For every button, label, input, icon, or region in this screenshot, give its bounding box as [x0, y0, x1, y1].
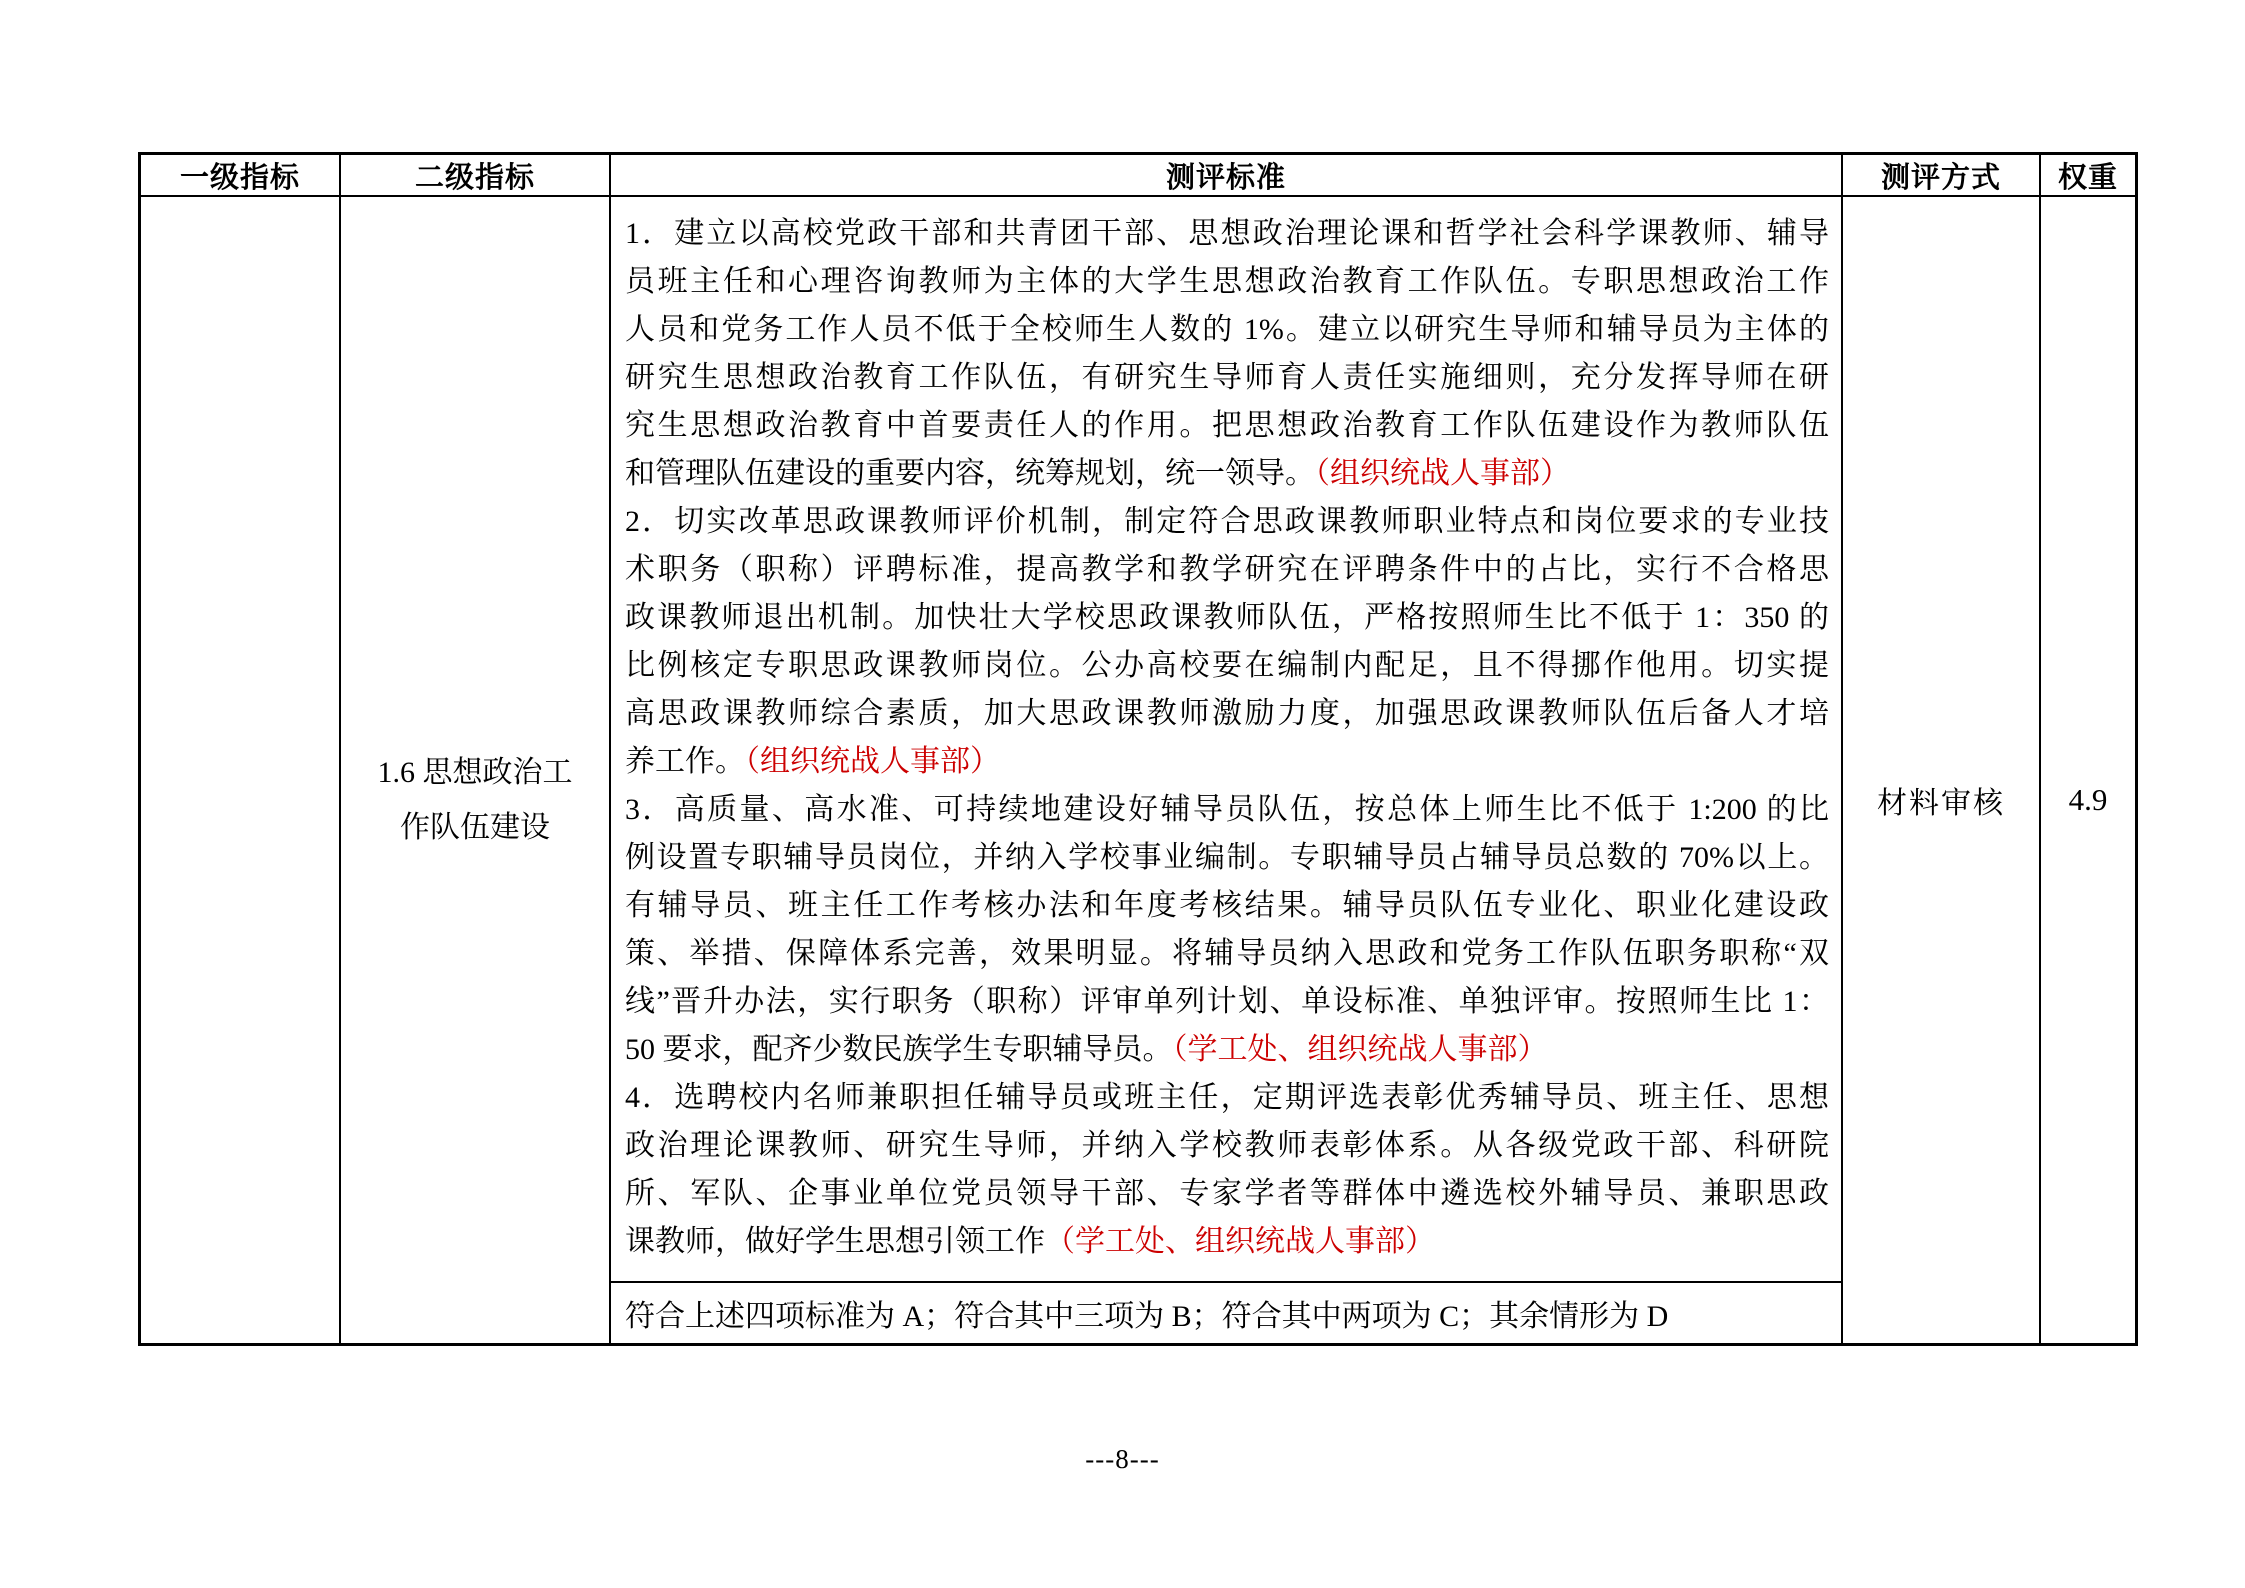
level2-indicator-cell: 1.6 思想政治工 作队伍建设: [341, 197, 611, 1343]
criteria-line: 研究生思想政治教育工作队伍，有研究生导师育人责任实施细则，充分发挥导师在研: [625, 354, 1829, 402]
criteria-line: 例设置专职辅导员岗位，并纳入学校事业编制。专职辅导员占辅导员总数的 70%以上。: [625, 834, 1829, 882]
criteria-line: 课教师，做好学生思想引领工作（学工处、组织统战人事部）: [625, 1218, 1829, 1266]
criteria-text: 术职务（职称）评聘标准，提高教学和教学研究在评聘条件中的占比，实行不合格思: [625, 553, 1829, 586]
criteria-text: 策、举措、保障体系完善，效果明显。将辅导员纳入思政和党务工作队伍职务职称“双: [625, 937, 1829, 970]
criteria-text: 课教师，做好学生思想引领工作: [625, 1225, 1045, 1258]
criteria-text: 3．高质量、高水准、可持续地建设好辅导员队伍，按总体上师生比不低于 1:200 …: [625, 793, 1829, 826]
criteria-line: 和管理队伍建设的重要内容，统筹规划，统一领导。（组织统战人事部）: [625, 450, 1829, 498]
responsible-department-annotation: （组织统战人事部）: [745, 745, 1000, 778]
criteria-line: 策、举措、保障体系完善，效果明显。将辅导员纳入思政和党务工作队伍职务职称“双: [625, 930, 1829, 978]
criteria-line: 究生思想政治教育中首要责任人的作用。把思想政治教育工作队伍建设作为教师队伍: [625, 402, 1829, 450]
grading-rule-text: 符合上述四项标准为 A；符合其中三项为 B；符合其中两项为 C；其余情形为 D: [625, 1291, 1668, 1335]
criteria-line: 50 要求，配齐少数民族学生专职辅导员。（学工处、组织统战人事部）: [625, 1026, 1829, 1074]
criteria-line: 员班主任和心理咨询教师为主体的大学生思想政治教育工作队伍。专职思想政治工作: [625, 258, 1829, 306]
criteria-text: 有辅导员、班主任工作考核办法和年度考核结果。辅导员队伍专业化、职业化建设政: [625, 889, 1829, 922]
criteria-text: 养工作。: [625, 745, 745, 778]
criteria-text: 政治理论课教师、研究生导师，并纳入学校教师表彰体系。从各级党政干部、科研院: [625, 1129, 1829, 1162]
criteria-text: 人员和党务工作人员不低于全校师生人数的 1%。建立以研究生导师和辅导员为主体的: [625, 313, 1829, 346]
header-weight: 权重: [2041, 155, 2135, 197]
criteria-line: 政课教师退出机制。加快壮大学校思政课教师队伍，严格按照师生比不低于 1：350 …: [625, 594, 1829, 642]
criteria-text: 高思政课教师综合素质，加大思政课教师激励力度，加强思政课教师队伍后备人才培: [625, 697, 1829, 730]
level2-indicator-line2: 作队伍建设: [400, 800, 550, 855]
criteria-line: 政治理论课教师、研究生导师，并纳入学校教师表彰体系。从各级党政干部、科研院: [625, 1122, 1829, 1170]
criteria-text: 研究生思想政治教育工作队伍，有研究生导师育人责任实施细则，充分发挥导师在研: [625, 361, 1829, 394]
criteria-line: 高思政课教师综合素质，加大思政课教师激励力度，加强思政课教师队伍后备人才培: [625, 690, 1829, 738]
criteria-line: 有辅导员、班主任工作考核办法和年度考核结果。辅导员队伍专业化、职业化建设政: [625, 882, 1829, 930]
criteria-text: 政课教师退出机制。加快壮大学校思政课教师队伍，严格按照师生比不低于 1：350 …: [625, 601, 1829, 634]
criteria-line: 所、军队、企事业单位党员领导干部、专家学者等群体中遴选校外辅导员、兼职思政: [625, 1170, 1829, 1218]
criteria-line: 1．建立以高校党政干部和共青团干部、思想政治理论课和哲学社会科学课教师、辅导: [625, 210, 1829, 258]
criteria-text: 50 要求，配齐少数民族学生专职辅导员。: [625, 1033, 1173, 1066]
criteria-text: 1．建立以高校党政干部和共青团干部、思想政治理论课和哲学社会科学课教师、辅导: [625, 217, 1829, 250]
criteria-text: 员班主任和心理咨询教师为主体的大学生思想政治教育工作队伍。专职思想政治工作: [625, 265, 1829, 298]
level2-indicator-line1: 1.6 思想政治工: [378, 745, 573, 800]
header-evaluation-method: 测评方式: [1843, 155, 2041, 197]
evaluation-table: 一级指标 二级指标 测评标准 测评方式 权重 1.6 思想政治工 作队伍建设 1…: [138, 152, 2138, 1346]
criteria-text: 线”晋升办法，实行职务（职称）评审单列计划、单设标准、单独评审。按照师生比 1：: [625, 985, 1829, 1018]
criteria-line: 2．切实改革思政课教师评价机制，制定符合思政课教师职业特点和岗位要求的专业技: [625, 498, 1829, 546]
grading-rule-cell: 符合上述四项标准为 A；符合其中三项为 B；符合其中两项为 C；其余情形为 D: [611, 1283, 1843, 1343]
criteria-line: 4．选聘校内名师兼职担任辅导员或班主任，定期评选表彰优秀辅导员、班主任、思想: [625, 1074, 1829, 1122]
level1-indicator-cell: [141, 197, 341, 1343]
criteria-line: 线”晋升办法，实行职务（职称）评审单列计划、单设标准、单独评审。按照师生比 1：: [625, 978, 1829, 1026]
criteria-text: 2．切实改革思政课教师评价机制，制定符合思政课教师职业特点和岗位要求的专业技: [625, 505, 1829, 538]
criteria-text: 4．选聘校内名师兼职担任辅导员或班主任，定期评选表彰优秀辅导员、班主任、思想: [625, 1081, 1829, 1114]
criteria-line: 3．高质量、高水准、可持续地建设好辅导员队伍，按总体上师生比不低于 1:200 …: [625, 786, 1829, 834]
criteria-paragraphs: 1．建立以高校党政干部和共青团干部、思想政治理论课和哲学社会科学课教师、辅导员班…: [625, 210, 1829, 1266]
criteria-line: 术职务（职称）评聘标准，提高教学和教学研究在评聘条件中的占比，实行不合格思: [625, 546, 1829, 594]
criteria-text: 究生思想政治教育中首要责任人的作用。把思想政治教育工作队伍建设作为教师队伍: [625, 409, 1829, 442]
responsible-department-annotation: （组织统战人事部）: [1315, 457, 1570, 490]
responsible-department-annotation: （学工处、组织统战人事部）: [1045, 1225, 1435, 1258]
criteria-text: 所、军队、企事业单位党员领导干部、专家学者等群体中遴选校外辅导员、兼职思政: [625, 1177, 1829, 1210]
page-number: ---8---: [0, 1444, 2245, 1475]
criteria-line: 人员和党务工作人员不低于全校师生人数的 1%。建立以研究生导师和辅导员为主体的: [625, 306, 1829, 354]
header-level2-indicator: 二级指标: [341, 155, 611, 197]
criteria-cell: 1．建立以高校党政干部和共青团干部、思想政治理论课和哲学社会科学课教师、辅导员班…: [611, 197, 1843, 1283]
evaluation-method-cell: 材料审核: [1843, 197, 2041, 1343]
responsible-department-annotation: （学工处、组织统战人事部）: [1173, 1033, 1548, 1066]
criteria-text: 和管理队伍建设的重要内容，统筹规划，统一领导。: [625, 457, 1315, 490]
criteria-text: 比例核定专职思政课教师岗位。公办高校要在编制内配足，且不得挪作他用。切实提: [625, 649, 1829, 682]
header-evaluation-standard: 测评标准: [611, 155, 1843, 197]
criteria-line: 比例核定专职思政课教师岗位。公办高校要在编制内配足，且不得挪作他用。切实提: [625, 642, 1829, 690]
criteria-line: 养工作。（组织统战人事部）: [625, 738, 1829, 786]
weight-cell: 4.9: [2041, 197, 2135, 1343]
header-level1-indicator: 一级指标: [141, 155, 341, 197]
document-page: 一级指标 二级指标 测评标准 测评方式 权重 1.6 思想政治工 作队伍建设 1…: [0, 0, 2245, 1588]
criteria-text: 例设置专职辅导员岗位，并纳入学校事业编制。专职辅导员占辅导员总数的 70%以上。: [625, 841, 1829, 874]
